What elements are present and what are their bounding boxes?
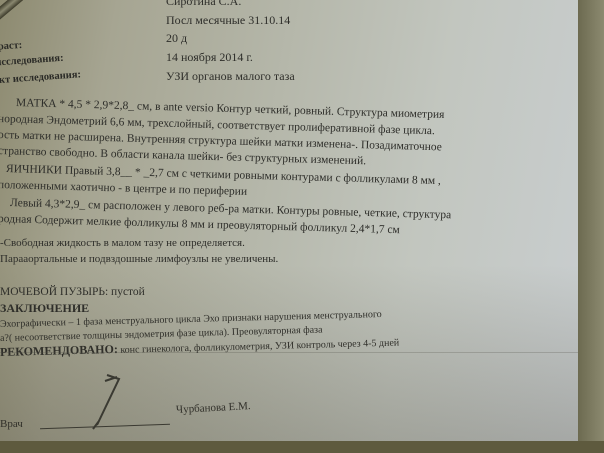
conclusion-title: ЗАКЛЮЧЕНИЕ [0,302,89,315]
free-fluid: -Свободная жидкость в малом тазу не опре… [0,237,245,250]
doctor-name: Чурбанова Е.М. [176,400,251,417]
last-period: Посл месячные 31.10.14 [166,14,290,27]
exam-date-label: Дата исследования: [0,52,64,72]
bladder: МОЧЕВОЙ ПУЗЫРЬ: пустой [0,286,145,299]
ovaries-line-2: положенными хаотично - в центре и по пер… [0,179,247,199]
exam-subject: УЗИ органов малого таза [166,70,295,83]
handwritten-signature [85,373,130,433]
paper-fold [0,352,578,353]
patient-name: Сиротина С.А. [166,0,241,8]
cycle-day: 20 д [166,32,187,45]
background-surface-right [578,0,604,453]
lymph-nodes: Парааортальные и подвздошные лимфоузлы н… [0,253,278,266]
exam-subject-label: Объект исследования: [0,68,81,88]
doctor-label: Врач [0,418,23,431]
report-paper: Сиротина С.А. Посл месячные 31.10.14 20 … [0,0,578,441]
background-surface-bottom [0,441,604,453]
age-label: ...раст: [0,39,23,54]
exam-date: 14 ноября 2014 г. [166,51,253,64]
recommended-label: РЕКОМЕНДОВАНО: [0,342,118,359]
